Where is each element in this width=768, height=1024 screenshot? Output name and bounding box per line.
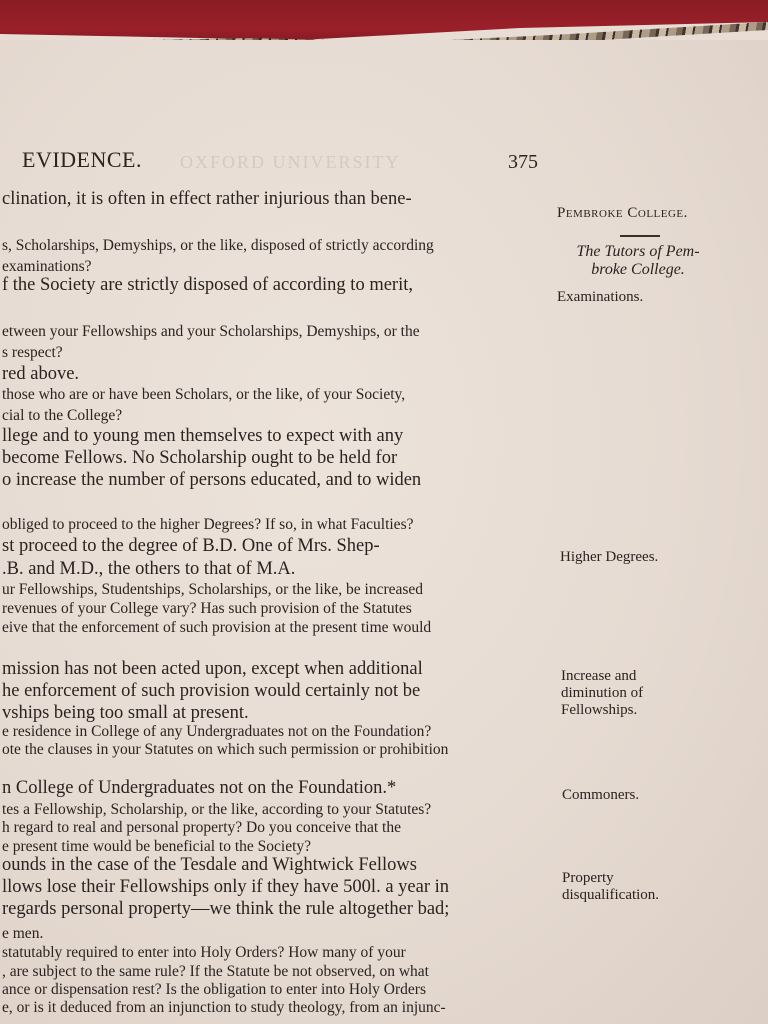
page-number: 375 — [508, 151, 538, 174]
text-line: those who are or have been Scholars, or … — [2, 386, 405, 404]
text-line: llows lose their Fellowships only if the… — [2, 877, 449, 898]
text-line: s respect? — [2, 344, 63, 362]
margin-note-increase-line3: Fellowships. — [561, 702, 643, 719]
text-line: ounds in the case of the Tesdale and Wig… — [2, 855, 417, 876]
text-line: e present time would be beneficial to th… — [2, 838, 311, 856]
text-line: , are subject to the same rule? If the S… — [2, 963, 429, 981]
text-line: ance or dispensation rest? Is the obliga… — [2, 981, 426, 999]
margin-note-property-line2: disqualification. — [562, 887, 659, 904]
margin-note-higher-degrees: Higher Degrees. — [560, 549, 658, 566]
text-line: .B. and M.D., the others to that of M.A. — [2, 559, 295, 580]
text-line: examinations? — [2, 258, 92, 276]
margin-note-commoners: Commoners. — [562, 787, 639, 804]
margin-note-increase-line2: diminution of — [561, 685, 643, 702]
text-line: e residence in College of any Undergradu… — [2, 723, 431, 741]
show-through-text: OXFORD UNIVERSITY — [180, 152, 401, 173]
text-line: st proceed to the degree of B.D. One of … — [2, 536, 380, 557]
margin-note-college: Pembroke College. — [557, 205, 688, 222]
margin-note-tutors-line1: The Tutors of Pem- — [553, 243, 723, 261]
margin-note-increase: Increase and diminution of Fellowships. — [561, 668, 643, 719]
text-line: ur Fellowships, Studentships, Scholarshi… — [2, 581, 423, 599]
text-line: statutably required to enter into Holy O… — [2, 944, 406, 962]
margin-note-tutors: The Tutors of Pem- broke College. — [553, 243, 723, 279]
text-line: n College of Undergraduates not on the F… — [2, 778, 396, 799]
text-line: cial to the College? — [2, 407, 122, 425]
text-line: e men. — [2, 925, 43, 943]
margin-note-examinations: Examinations. — [557, 289, 643, 306]
text-line: tes a Fellowship, Scholarship, or the li… — [2, 801, 431, 819]
text-line: vships being too small at present. — [2, 703, 249, 724]
margin-note-property-line1: Property — [562, 870, 659, 887]
text-line: become Fellows. No Scholarship ought to … — [2, 448, 397, 469]
text-line: f the Society are strictly disposed of a… — [2, 275, 413, 296]
running-head: EVIDENCE. — [22, 147, 142, 173]
margin-rule — [620, 235, 660, 237]
text-line: clination, it is often in effect rather … — [2, 189, 412, 210]
text-line: s, Scholarships, Demyships, or the like,… — [2, 237, 434, 255]
text-line: he enforcement of such provision would c… — [2, 681, 420, 702]
text-line: red above. — [2, 364, 79, 385]
text-line: obliged to proceed to the higher Degrees… — [2, 516, 413, 534]
margin-note-tutors-line2: broke College. — [553, 261, 723, 279]
text-line: etween your Fellowships and your Scholar… — [2, 323, 420, 341]
text-line: regards personal property—we think the r… — [2, 899, 449, 920]
margin-note-increase-line1: Increase and — [561, 668, 643, 685]
text-line: ote the clauses in your Statutes on whic… — [2, 741, 448, 759]
text-line: e, or is it deduced from an injunction t… — [2, 999, 446, 1017]
text-line: eive that the enforcement of such provis… — [2, 619, 431, 637]
text-line: mission has not been acted upon, except … — [2, 659, 423, 680]
text-line: llege and to young men themselves to exp… — [2, 426, 403, 447]
text-line: h regard to real and personal property? … — [2, 819, 401, 837]
margin-note-property: Property disqualification. — [562, 870, 659, 904]
text-line: o increase the number of persons educate… — [2, 470, 421, 491]
text-line: revenues of your College vary? Has such … — [2, 600, 412, 618]
